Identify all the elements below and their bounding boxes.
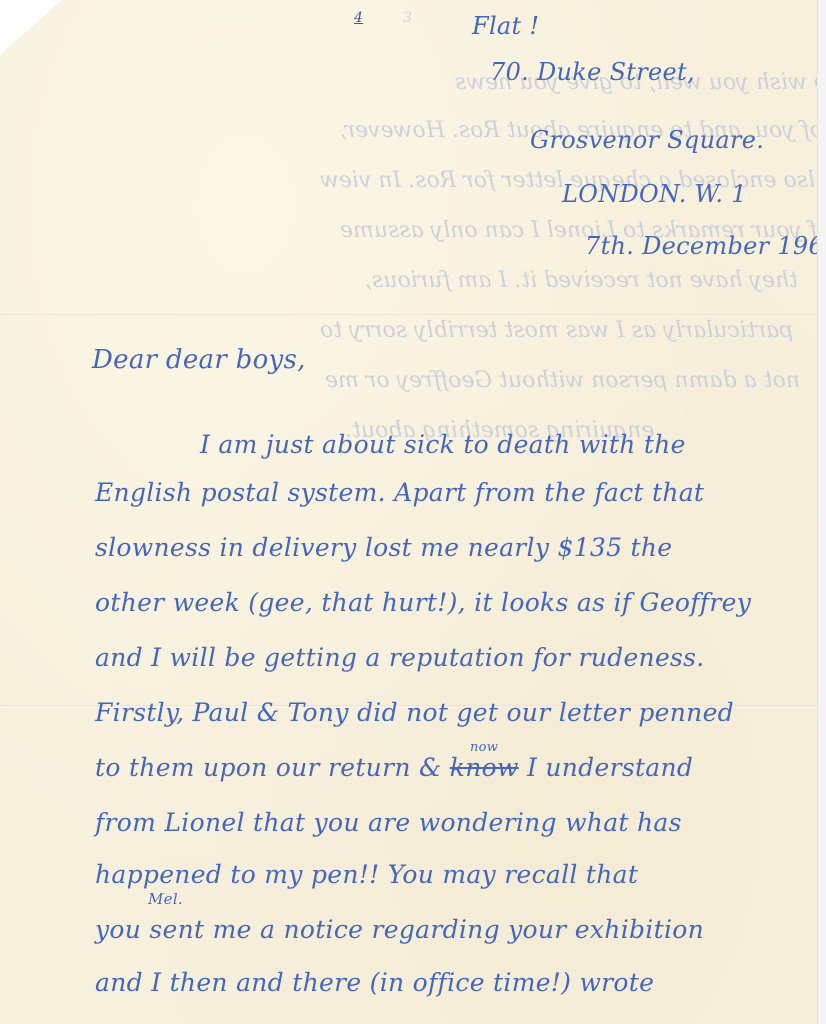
header-square: Grosvenor Square.: [530, 126, 764, 154]
header-date: 7th. December 1969.: [585, 232, 818, 260]
letter-page: you a letter to wish you well, to give y…: [0, 0, 818, 1024]
page-number-marker-show-through: 3: [403, 10, 412, 26]
body-line-text: to them upon our return &: [95, 753, 450, 782]
header-flat: Flat !: [472, 12, 539, 40]
body-line-with-correction: to them upon our return & know I underst…: [95, 753, 693, 782]
body-line: Firstly, Paul & Tony did not get our let…: [95, 698, 734, 727]
show-through-text: they have not received it. I am furious,: [365, 268, 798, 293]
body-line: happened to my pen!! You may recall that: [95, 860, 638, 889]
body-line: you sent me a notice regarding your exhi…: [95, 915, 704, 944]
struck-word: know: [450, 753, 519, 782]
page-number-marker: 4: [354, 10, 363, 26]
body-line: I am just about sick to death with the: [200, 430, 686, 459]
paper-fold-line: [0, 314, 818, 316]
inserted-word: now: [470, 740, 498, 755]
margin-insert: Mel.: [148, 890, 183, 908]
body-line: English postal system. Apart from the fa…: [95, 478, 704, 507]
salutation: Dear dear boys,: [92, 345, 306, 375]
body-line: slowness in delivery lost me nearly $135…: [95, 533, 672, 562]
body-line: and I will be getting a reputation for r…: [95, 643, 705, 672]
body-line: from Lionel that you are wondering what …: [95, 808, 682, 837]
show-through-text: not a damn person without Geoffrey or me: [325, 368, 800, 393]
body-line: other week (gee, that hurt!), it looks a…: [95, 588, 751, 617]
scan-edge: [817, 0, 826, 1024]
header-city: LONDON. W. 1: [562, 180, 747, 208]
body-line: and I then and there (in office time!) w…: [95, 968, 654, 997]
header-street: 70. Duke Street,: [490, 58, 695, 86]
show-through-text: particularly as I was most terribly sorr…: [320, 318, 793, 343]
body-line-continuation: I understand: [519, 753, 694, 782]
